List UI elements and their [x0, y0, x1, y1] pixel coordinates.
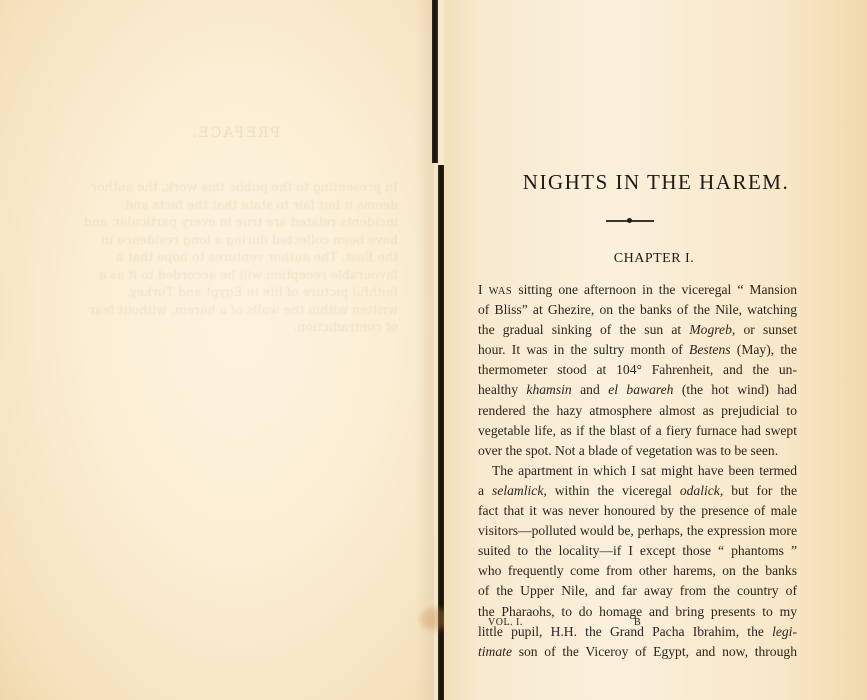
text-line: a selamlick, within the viceregal odalic… [478, 481, 797, 501]
text-line: of Bliss” at Ghezire, on the banks of th… [478, 300, 797, 320]
text-line: healthy khamsin and el bawareh (the hot … [478, 380, 797, 400]
volume-label: VOL. I. [488, 617, 523, 628]
text-line: over the spot. Not a blade of vegetation… [478, 441, 797, 461]
text-line: fact that it was never honoured by the p… [478, 501, 797, 521]
chapter-heading: CHAPTER I. [504, 251, 804, 267]
text-line: vegetable life, as if the blast of a fie… [478, 421, 797, 441]
text-line: who frequently come from other harems, o… [478, 561, 797, 581]
text-line: I WAS sitting one afternoon in the vicer… [478, 280, 797, 300]
book-title: NIGHTS IN THE HAREM. [486, 170, 826, 195]
text-line: thermometer stood at 104° Fahrenheit, an… [478, 360, 797, 380]
right-page: NIGHTS IN THE HAREM. CHAPTER I. I WAS si… [444, 0, 867, 700]
text-line: of the Upper Nile, and far away from the… [478, 581, 797, 601]
text-line: rendered the hazy atmosphere almost as p… [478, 401, 797, 421]
text-line: visitors—polluted would be, perhaps, the… [478, 521, 797, 541]
signature-mark: B [634, 617, 641, 628]
page-footer: VOL. I. B [488, 617, 768, 628]
text-line: The apartment in which I sat might have … [478, 461, 797, 481]
ornament-rule-icon [606, 220, 654, 222]
show-through-heading: PREFACE. [190, 125, 280, 141]
text-line: hour. It was in the sultry month of Best… [478, 340, 797, 360]
left-page-blank: PREFACE. In presenting to the public thi… [0, 0, 434, 700]
text-line: suited to the locality—if I except those… [478, 541, 797, 561]
show-through-text: In presenting to the public this work, t… [78, 178, 398, 336]
book-spread: PREFACE. In presenting to the public thi… [0, 0, 867, 700]
book-spine-gutter [432, 0, 438, 163]
text-line: timate son of the Viceroy of Egypt, and … [478, 642, 797, 662]
text-line: the gradual sinking of the sun at Mogreb… [478, 320, 797, 340]
chapter-body-text: I WAS sitting one afternoon in the vicer… [478, 280, 797, 662]
